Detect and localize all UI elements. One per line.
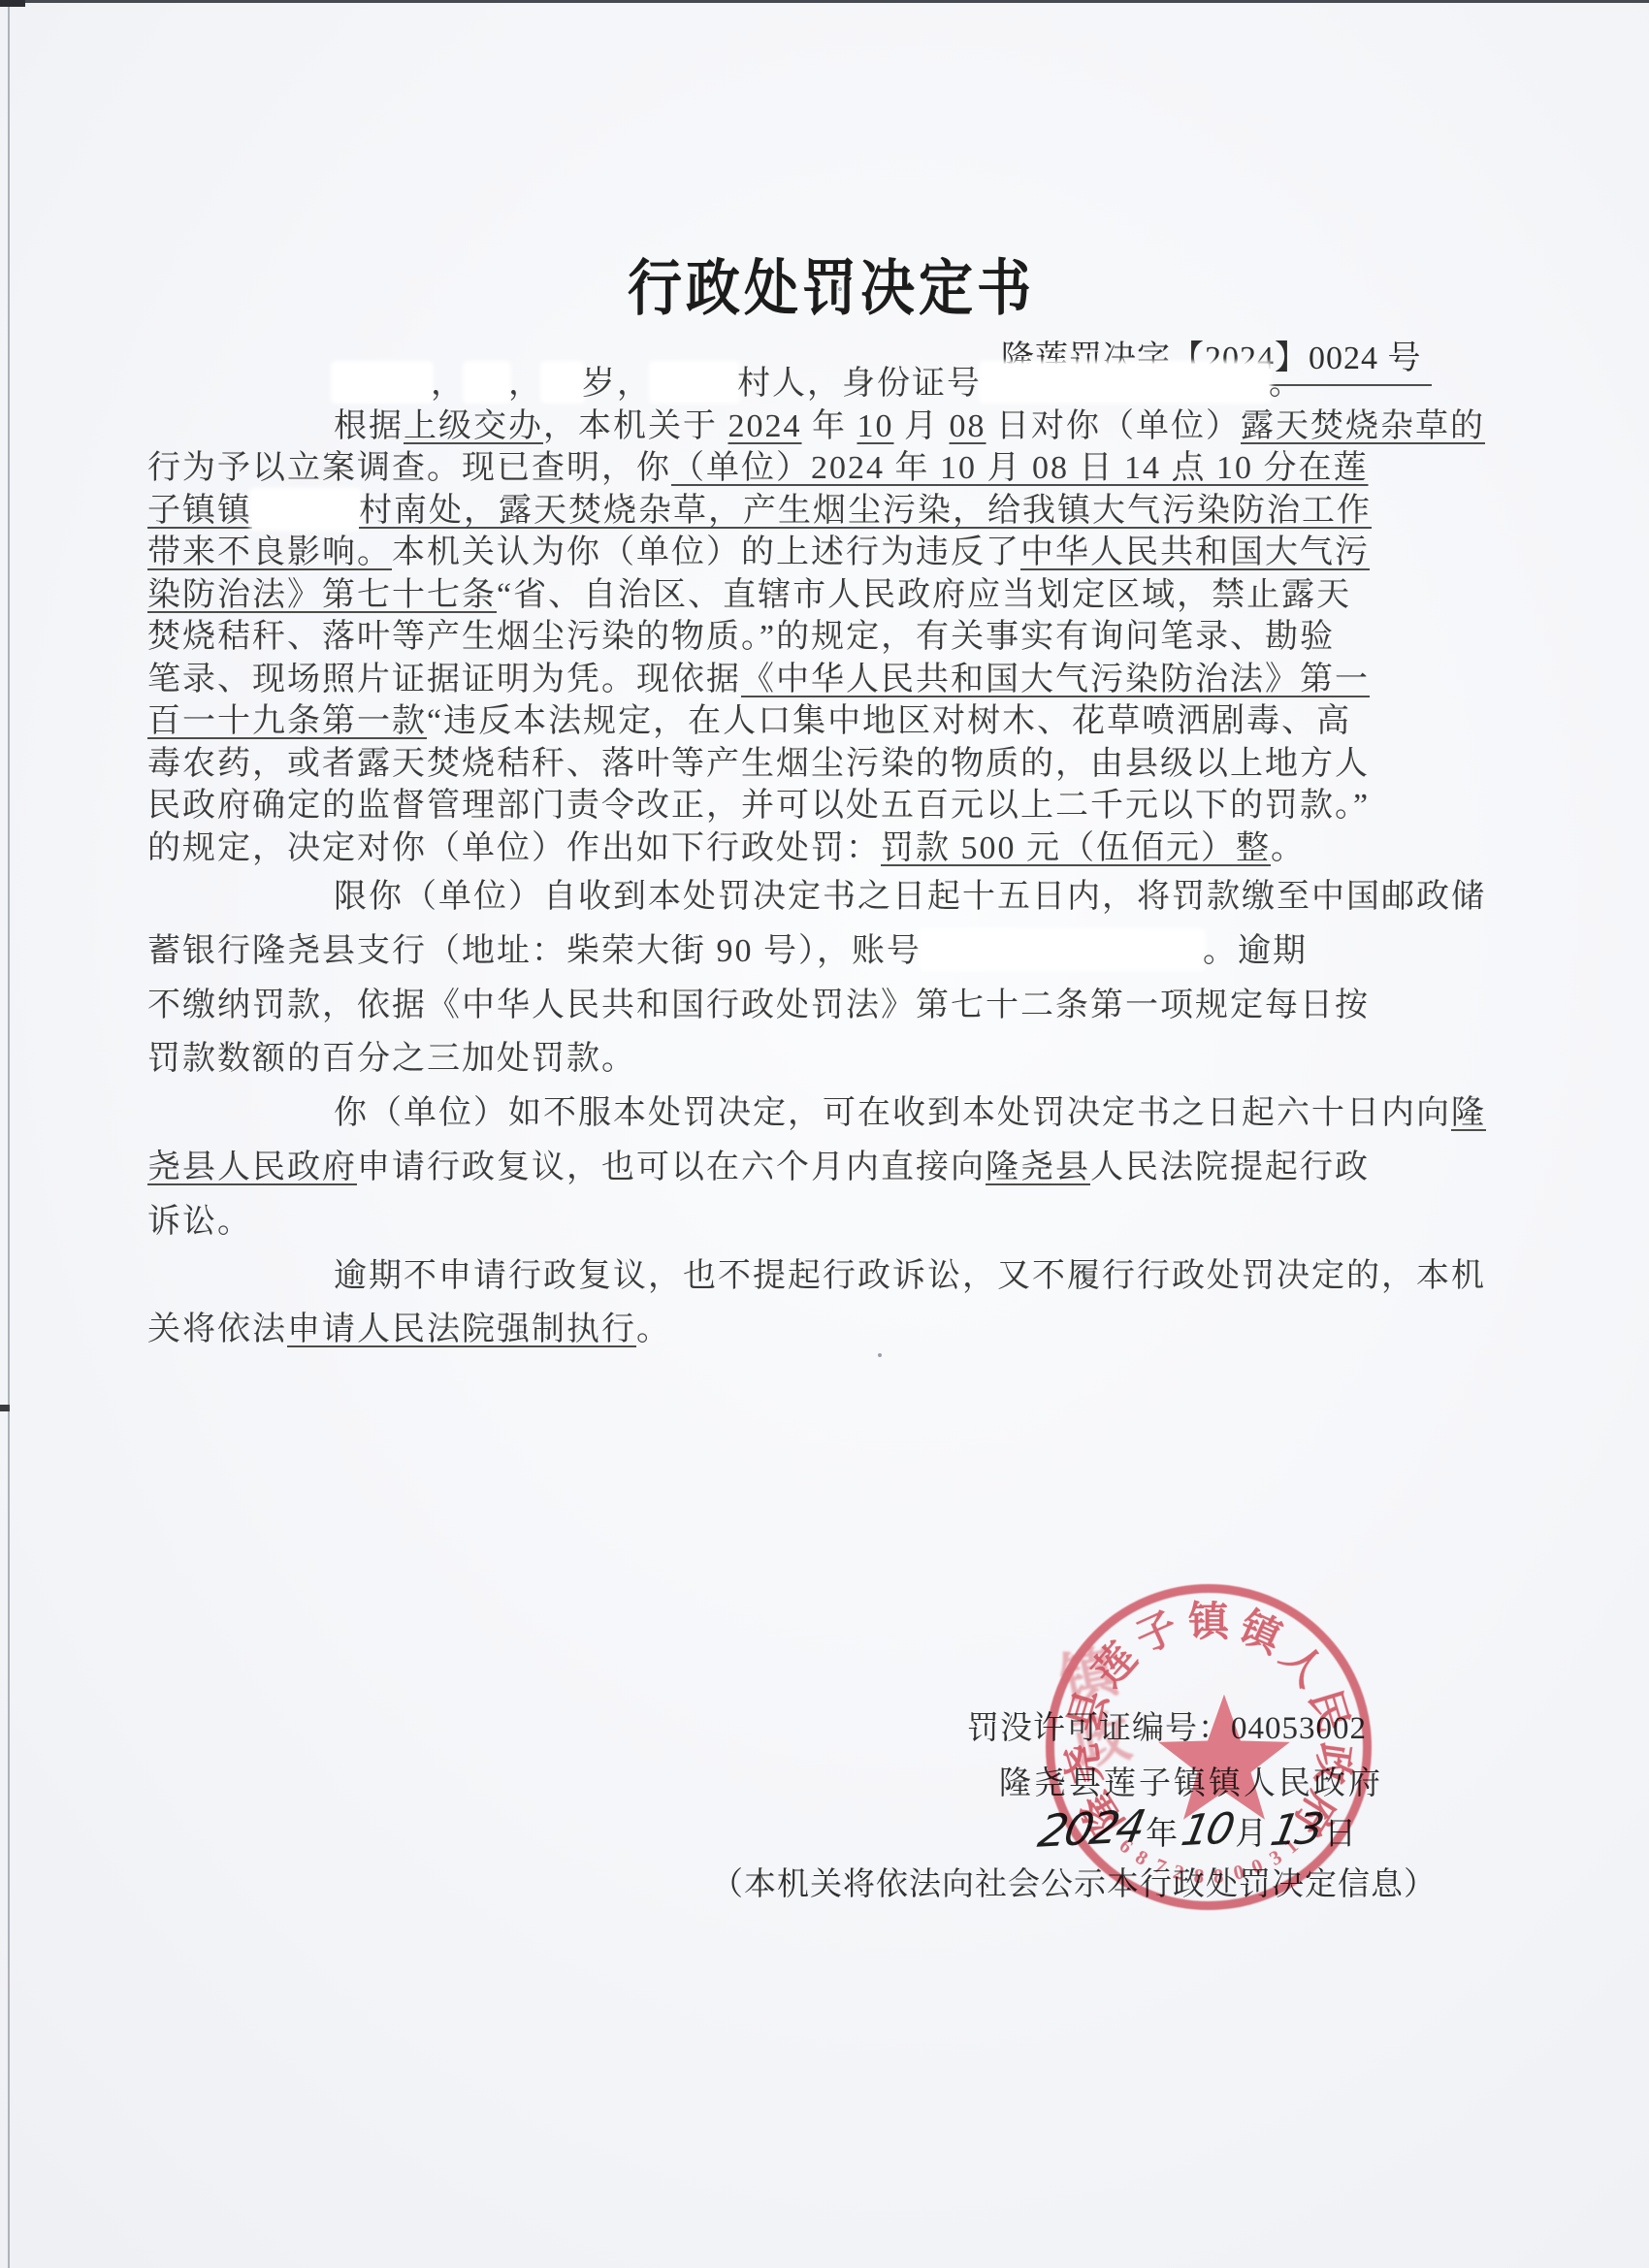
underlined-text: 08 bbox=[950, 408, 986, 444]
underlined-text: 隆 bbox=[1451, 1095, 1486, 1131]
text: 人民法院提起行政 bbox=[1090, 1150, 1370, 1185]
redaction-box bbox=[982, 364, 1269, 401]
text: 本机关认为你（单位）的上述行为违反了 bbox=[392, 535, 1020, 570]
seal-code-digit: 8 bbox=[1208, 1864, 1229, 1887]
scan-top-edge bbox=[0, 0, 1649, 3]
text: 。逾期 bbox=[1203, 933, 1308, 969]
underlined-text: 露天焚烧杂草的 bbox=[1241, 408, 1485, 444]
body-line: 笔录、现场照片证据证明为凭。现依据《中华人民共和国大气污染防治法》第一 bbox=[147, 659, 1525, 701]
document-title: 行政处罚决定书 bbox=[540, 241, 1122, 328]
seal-ring-char: 镇 bbox=[1187, 1602, 1230, 1644]
underlined-text: 中华人民共和国大气污 bbox=[1020, 535, 1370, 570]
underlined-text: 罚款 500 元（伍佰元）整 bbox=[881, 830, 1271, 866]
body-line: 你（单位）如不服本处罚决定，可在收到本处罚决定书之日起六十日内向隆 bbox=[147, 1086, 1525, 1141]
text: 笔录、现场照片证据证明为凭。现依据 bbox=[147, 662, 741, 697]
underlined-text: 村南处，露天焚烧杂草，产生烟尘污染，给我镇大气污染防治工作 bbox=[359, 493, 1372, 529]
body-line: 罚款数额的百分之三加处罚款。 bbox=[147, 1032, 1525, 1086]
redaction-box bbox=[652, 364, 737, 401]
body-line: ，，岁，村人，身份证号。 bbox=[147, 363, 1525, 405]
underlined-text: 2024 bbox=[728, 408, 802, 444]
text: 行为予以立案调查。现已查明，你 bbox=[147, 450, 671, 486]
body-line: 蓄银行隆尧县支行（地址：柴荣大街 90 号），账号。逾期 bbox=[147, 924, 1525, 979]
body-line: 关将依法申请人民法院强制执行。 bbox=[147, 1303, 1525, 1357]
text: 关将依法 bbox=[147, 1312, 287, 1347]
underlined-text: 10 bbox=[857, 408, 894, 444]
text: 罚款数额的百分之三加处罚款。 bbox=[147, 1041, 636, 1077]
scan-left-edge bbox=[8, 0, 10, 2268]
body-line: 诉讼。 bbox=[147, 1195, 1525, 1249]
redaction-box bbox=[252, 491, 359, 528]
redaction-box bbox=[334, 364, 431, 401]
text: 。 bbox=[636, 1312, 671, 1347]
text: 村人，身份证号 bbox=[737, 366, 982, 402]
text: 。 bbox=[1269, 366, 1304, 402]
underlined-text: 上级交办 bbox=[404, 408, 543, 444]
redaction-box bbox=[466, 364, 508, 401]
body-line: 限你（单位）自收到本处罚决定书之日起十五日内，将罚款缴至中国邮政储 bbox=[147, 870, 1525, 924]
body-line: 尧县人民政府申请行政复议，也可以在六个月内直接向隆尧县人民法院提起行政 bbox=[147, 1141, 1525, 1195]
body-line: 子镇镇村南处，露天焚烧杂草，产生烟尘污染，给我镇大气污染防治工作 bbox=[147, 490, 1525, 533]
body-line: 根据上级交办，本机关于 2024 年 10 月 08 日对你（单位）露天焚烧杂草… bbox=[147, 405, 1525, 448]
text: 逾期不申请行政复议，也不提起行政诉讼，又不履行行政处罚决定的，本机 bbox=[334, 1258, 1486, 1294]
text: 民政府确定的监督管理部门责令改正，并可以处五百元以上二千元以下的罚款。” bbox=[147, 788, 1370, 824]
text: 的规定，决定对你（单位）作出如下行政处罚： bbox=[147, 830, 881, 866]
body-text-block-upper: ，，岁，村人，身份证号。根据上级交办，本机关于 2024 年 10 月 08 日… bbox=[147, 363, 1525, 869]
seal-star-icon bbox=[1142, 1681, 1307, 1846]
text: 申请行政复议，也可以在六个月内直接向 bbox=[357, 1150, 986, 1185]
underlined-text: 带来不良影响。 bbox=[147, 535, 392, 570]
body-line: 百一十九条第一款“违反本法规定，在人口集中地区对树木、花草喷洒剧毒、高 bbox=[147, 700, 1525, 743]
body-line: 毒农药，或者露天焚烧秸秆、落叶等产生烟尘污染的物质的，由县级以上地方人 bbox=[147, 743, 1525, 786]
body-line: 染防治法》第七十七条“省、自治区、直辖市人民政府应当划定区域，禁止露天 bbox=[147, 574, 1525, 617]
text: 焚烧秸秆、落叶等产生烟尘污染的物质。”的规定，有关事实有询问笔录、勘验 bbox=[147, 619, 1335, 655]
body-line: 行为予以立案调查。现已查明，你（单位）2024 年 10 月 08 日 14 点… bbox=[147, 447, 1525, 490]
underlined-text: 隆尧县 bbox=[986, 1150, 1090, 1185]
text: 你（单位）如不服本处罚决定，可在收到本处罚决定书之日起六十日内向 bbox=[334, 1095, 1451, 1131]
text: ， bbox=[431, 366, 466, 402]
text: ，本机关于 bbox=[543, 408, 728, 444]
text: 限你（单位）自收到本处罚决定书之日起十五日内，将罚款缴至中国邮政储 bbox=[334, 879, 1486, 915]
text: 根据 bbox=[334, 408, 404, 444]
text: 不缴纳罚款，依据《中华人民共和国行政处罚法》第七十二条第一项规定每日按 bbox=[147, 988, 1370, 1023]
body-line: 的规定，决定对你（单位）作出如下行政处罚：罚款 500 元（伍佰元）整。 bbox=[147, 827, 1525, 870]
seal-ring-char: 尧 bbox=[1061, 1739, 1109, 1787]
underlined-text: 尧县人民政府 bbox=[147, 1150, 357, 1185]
text: “违反本法规定，在人口集中地区对树木、花草喷洒剧毒、高 bbox=[427, 703, 1351, 739]
underlined-text: 染防治法》第七十七条 bbox=[147, 577, 497, 613]
body-line: 民政府确定的监督管理部门责令改正，并可以处五百元以上二千元以下的罚款。” bbox=[147, 785, 1525, 827]
text: ， bbox=[508, 366, 543, 402]
text: 年 bbox=[802, 408, 857, 444]
redaction-box bbox=[921, 931, 1203, 968]
scan-edge-dash bbox=[0, 1405, 10, 1411]
scan-corner-mark bbox=[0, 0, 25, 7]
text: 蓄银行隆尧县支行（地址：柴荣大街 90 号），账号 bbox=[147, 933, 921, 969]
redaction-box bbox=[543, 364, 582, 401]
body-line: 逾期不申请行政复议，也不提起行政诉讼，又不履行行政处罚决定的，本机 bbox=[147, 1249, 1525, 1304]
underlined-text: 百一十九条第一款 bbox=[147, 703, 427, 739]
body-text-block-lower: 限你（单位）自收到本处罚决定书之日起十五日内，将罚款缴至中国邮政储蓄银行隆尧县支… bbox=[147, 870, 1525, 1357]
text: “省、自治区、直辖市人民政府应当划定区域，禁止露天 bbox=[497, 577, 1351, 613]
underlined-text: 子镇镇 bbox=[147, 493, 252, 529]
body-line: 焚烧秸秆、落叶等产生烟尘污染的物质。”的规定，有关事实有询问笔录、勘验 bbox=[147, 616, 1525, 659]
text: 诉讼。 bbox=[147, 1204, 252, 1240]
body-line: 带来不良影响。本机关认为你（单位）的上述行为违反了中华人民共和国大气污 bbox=[147, 532, 1525, 574]
text: 。 bbox=[1271, 830, 1306, 866]
underlined-text: 《中华人民共和国大气污染防治法》第一 bbox=[741, 662, 1370, 697]
seal-code-digit: 8 bbox=[1188, 1864, 1210, 1887]
text: 岁， bbox=[582, 366, 652, 402]
text: 日对你（单位） bbox=[986, 408, 1242, 444]
seal-ring-char: 政 bbox=[1308, 1739, 1355, 1787]
text: 毒农药，或者露天焚烧秸秆、落叶等产生烟尘污染的物质的，由县级以上地方人 bbox=[147, 746, 1370, 782]
body-line: 不缴纳罚款，依据《中华人民共和国行政处罚法》第七十二条第一项规定每日按 bbox=[147, 979, 1525, 1033]
text: 月 bbox=[894, 408, 950, 444]
underlined-text: （单位）2024 年 10 月 08 日 14 点 10 分在莲 bbox=[671, 450, 1369, 486]
official-seal: 镇政 隆尧县莲子镇镇人民政府1300882786 bbox=[1046, 1584, 1372, 1910]
underlined-text: 申请人民法院强制执行 bbox=[287, 1312, 636, 1347]
